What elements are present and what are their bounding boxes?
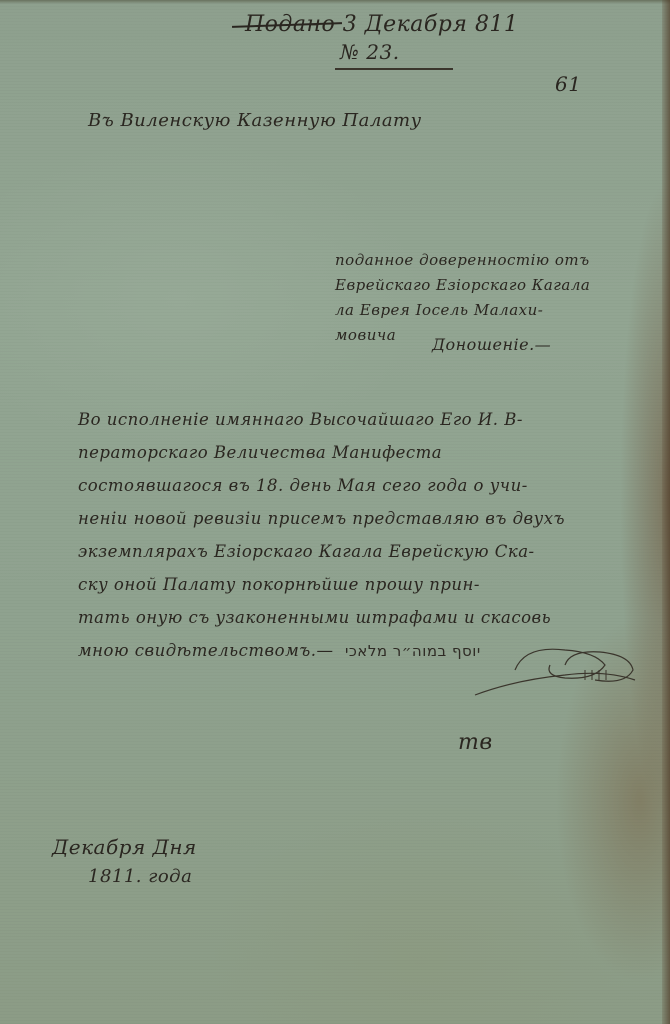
- paper-top-edge: [0, 0, 670, 4]
- folio-number: 61: [555, 72, 581, 96]
- date-year: 1811. года: [88, 866, 192, 887]
- body-line: ператорскаго Величества Манифеста: [78, 436, 565, 469]
- receipt-note: Подано 3 Декабря 811: [245, 12, 518, 37]
- body-line: ску оной Палату покорнѣйше прошу прин-: [78, 568, 565, 601]
- number-underline: [335, 68, 453, 70]
- clerk-initials: тв: [458, 730, 493, 755]
- body-line: состоявшагося въ 18. день Мая сего года …: [78, 469, 565, 502]
- document-number: № 23.: [340, 40, 400, 64]
- petitioner-block: поданное доверенностію отъ Еврейскаго Ез…: [335, 248, 590, 348]
- body-line: Во исполненіе имяннаго Высочайшаго Его И…: [78, 403, 565, 436]
- body-line: тать оную съ узаконенными штрафами и ска…: [78, 601, 565, 634]
- petitioner-line: ла Еврея Іосель Малахи-: [335, 298, 590, 323]
- petition-body: Во исполненіе имяннаго Высочайшаго Его И…: [78, 403, 565, 667]
- signature-flourish-icon: [455, 640, 645, 710]
- paper-right-edge-stain: [662, 0, 670, 1024]
- body-line: экземплярахъ Езіорскаго Кагала Еврейскую…: [78, 535, 565, 568]
- petition-title: Доношеніе.—: [432, 335, 551, 354]
- body-line: неніи новой ревизіи присемъ представляю …: [78, 502, 565, 535]
- petitioner-line: Еврейскаго Езіорскаго Кагала: [335, 273, 590, 298]
- petitioner-line: поданное доверенностію отъ: [335, 248, 590, 273]
- date-month-day: Декабря Дня: [52, 835, 197, 859]
- scanned-document-page: Подано 3 Декабря 811 № 23. 61 Въ Виленск…: [0, 0, 670, 1024]
- addressee: Въ Виленскую Казенную Палату: [88, 110, 422, 131]
